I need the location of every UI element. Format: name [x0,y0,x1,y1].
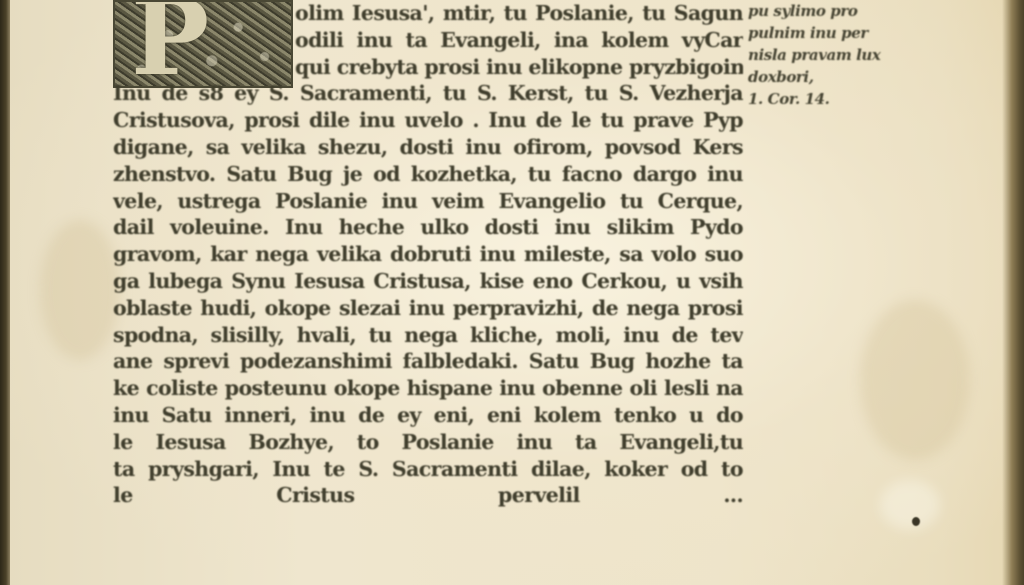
book-spine-edge [0,0,10,585]
text-line: ga lubega Synu Iesusa Cristusa, kise eno… [113,268,743,295]
paper-stain [880,480,940,530]
text-line: olim Iesusa', mtir, tu Poslanie, tu Sagu… [113,0,743,27]
text-line: le Iesusa Bozhye, to Poslanie inu ta Eva… [113,429,743,456]
text-line: Inu de s8 ey S. Sacramenti, tu S. Kerst,… [113,80,743,107]
text-line: ta pryshgari, Inu te S. Sacramenti dilae… [113,456,743,483]
ink-spot [912,517,920,526]
text-line: Cristusova, prosi dile inu uvelo . Inu d… [113,107,743,134]
text-line: digane, sa velika shezu, dosti inu ofiro… [113,134,743,161]
text-line: inu Satu inneri, inu de ey eni, eni kole… [113,402,743,429]
page-right-edge-shadow [1002,0,1024,585]
text-line: gravom, kar nega velika dobruti inu mile… [113,241,743,268]
scanned-page: P olim Iesusa', mtir, tu Poslanie, tu Sa… [0,0,1024,585]
margin-note-line: pu sylimo pro [748,0,918,22]
body-text-column: olim Iesusa', mtir, tu Poslanie, tu Sagu… [113,0,743,509]
text-line: odili inu ta Evangeli, ina kolem vyCar [113,27,743,54]
text-line: le Cristus pervelil ... [113,482,743,509]
paper-stain [40,220,120,360]
text-line: dail voleuine. Inu heche ulko dosti inu … [113,214,743,241]
text-line: qui crebyta prosi inu elikopne pryzbigoi… [113,54,743,81]
text-line: vele, ustrega Poslanie inu veim Evangeli… [113,188,743,215]
text-line: ke coliste posteunu okope hispane inu ob… [113,375,743,402]
margin-note-reference: 1. Cor. 14. [748,88,918,110]
text-line: ane sprevi podezanshimi falbledaki. Satu… [113,348,743,375]
text-line: zhenstvo. Satu Bug je od kozhetka, tu fa… [113,161,743,188]
text-line: oblaste hudi, okope slezai inu perpraviz… [113,295,743,322]
margin-notes: pu sylimo pro pulnim inu per nisla prava… [748,0,918,110]
text-line: spodna, slisilly, hvali, tu nega kliche,… [113,322,743,349]
paper-stain [860,300,970,460]
margin-note-line: nisla pravam lux [748,44,918,66]
margin-note-line: doxbori, [748,66,918,88]
margin-note-line: pulnim inu per [748,22,918,44]
